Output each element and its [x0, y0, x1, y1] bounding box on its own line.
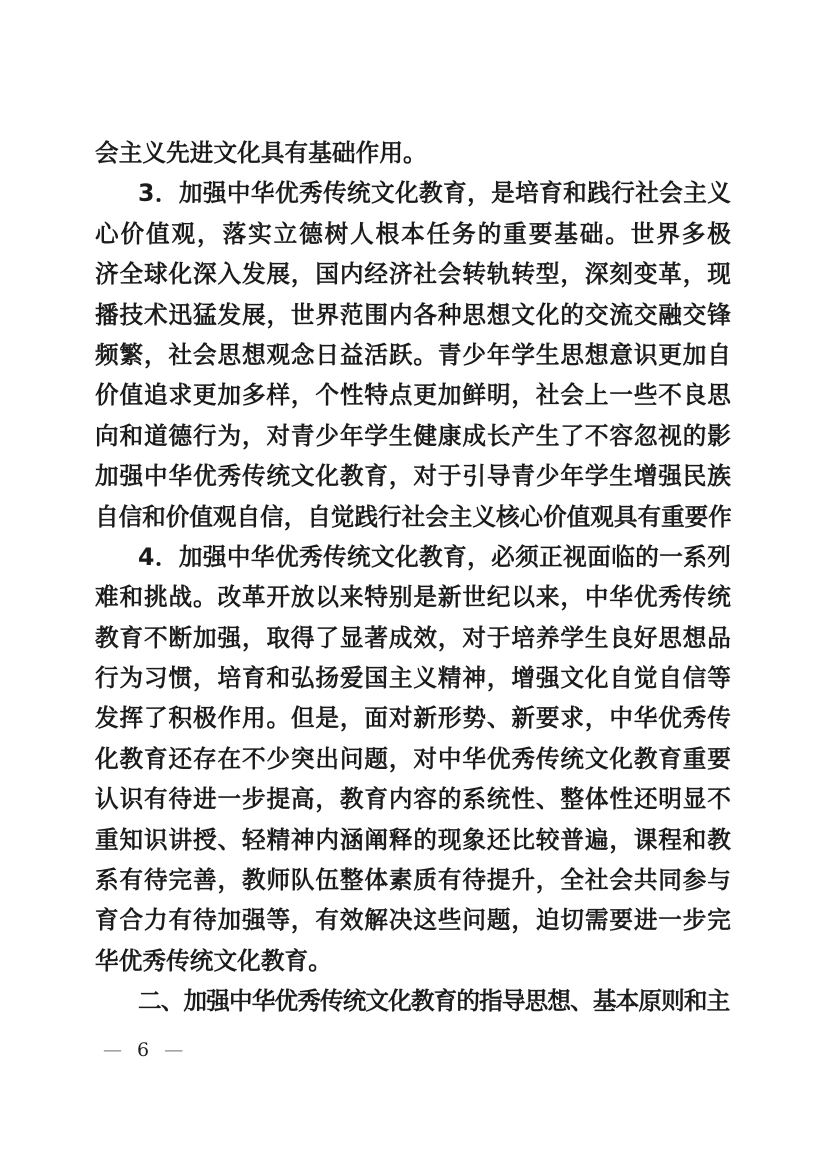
page-number: — 6 —	[103, 1036, 183, 1064]
body-text-line: 行为习惯，培育和弘扬爱国主义精神，增强文化自觉自信等方面	[95, 658, 731, 698]
body-text-line: 价值追求更加多样，个性特点更加鲜明，社会上一些不良思想倾	[95, 375, 731, 415]
body-text-line: 华优秀传统文化教育。	[95, 941, 731, 981]
body-text-line: 心价值观，落实立德树人根本任务的重要基础。世界多极化、经	[95, 214, 731, 254]
document-page: 会主义先进文化具有基础作用。 3．加强中华优秀传统文化教育，是培育和践行社会主义…	[0, 0, 827, 1169]
section-heading: 二、加强中华优秀传统文化教育的指导思想、基本原则和主	[95, 981, 731, 1021]
body-text-line: 加强中华优秀传统文化教育，对于引导青少年学生增强民族文化	[95, 456, 731, 496]
body-text-line: 重知识讲授、轻精神内涵阐释的现象还比较普遍，课程和教材体	[95, 820, 731, 860]
body-text-line: 向和道德行为，对青少年学生健康成长产生了不容忽视的影响。	[95, 416, 731, 456]
page-number-dash-left: —	[103, 1039, 122, 1061]
body-text-line: 频繁，社会思想观念日益活跃。青少年学生思想意识更加自主，	[95, 335, 731, 375]
body-text-line: 化教育还存在不少突出问题，对中华优秀传统文化教育重要性的	[95, 739, 731, 779]
body-text-line: 认识有待进一步提高，教育内容的系统性、整体性还明显不足，	[95, 779, 731, 819]
body-text-line: 会主义先进文化具有基础作用。	[95, 133, 731, 173]
body-text-line: 育合力有待加强等，有效解决这些问题，迫切需要进一步完善中	[95, 900, 731, 940]
body-text-line: 难和挑战。改革开放以来特别是新世纪以来，中华优秀传统文化	[95, 577, 731, 617]
document-text-block: 会主义先进文化具有基础作用。 3．加强中华优秀传统文化教育，是培育和践行社会主义…	[95, 133, 731, 1022]
body-text-line: 教育不断加强，取得了显著成效，对于培养学生良好思想品德和	[95, 618, 731, 658]
body-text-line: 系有待完善，教师队伍整体素质有待提升，全社会共同参与的教	[95, 860, 731, 900]
page-number-dash-right: —	[164, 1039, 183, 1061]
body-text-line: 济全球化深入发展，国内经济社会转轨转型，深刻变革，现代传	[95, 254, 731, 294]
page-number-value: 6	[137, 1039, 149, 1061]
body-text-line: 播技术迅猛发展，世界范围内各种思想文化的交流交融交锋更加	[95, 295, 731, 335]
body-text-line: 发挥了积极作用。但是，面对新形势、新要求，中华优秀传统文	[95, 698, 731, 738]
body-text-line: 3．加强中华优秀传统文化教育，是培育和践行社会主义核	[95, 173, 731, 213]
body-text-line: 自信和价值观自信，自觉践行社会主义核心价值观具有重要作用。	[95, 497, 731, 537]
body-text-line: 4．加强中华优秀传统文化教育，必须正视面临的一系列困	[95, 537, 731, 577]
